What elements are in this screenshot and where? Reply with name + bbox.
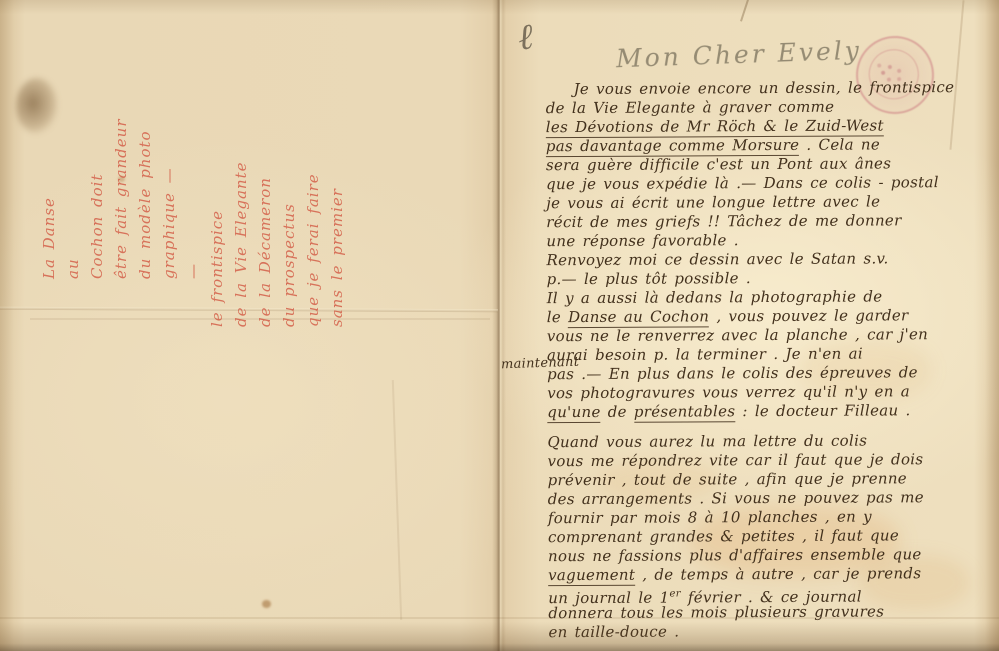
text-segment: Renvoyez moi ce dessin avec le Satan s.v… (546, 249, 888, 269)
red-note-line: être fait grandeur (109, 11, 133, 341)
red-note-line: La Danse (37, 11, 61, 341)
text-segment: Je vous envoie encore un dessin, le fron… (574, 78, 955, 98)
text-segment: récit de mes griefs !! Tâchez de me donn… (546, 211, 901, 231)
ink-line: p.— le plus tôt possible . (547, 268, 997, 289)
text-segment: comprenant grandes & petites , il faut q… (548, 526, 899, 546)
underlined-text: vaguement (548, 566, 635, 586)
underlined-text: Danse au Cochon (568, 307, 709, 328)
text-segment: des arrangements . Si vous ne pouvez pas… (548, 488, 924, 508)
text-segment: prévenir , tout de suite , afin que je p… (548, 469, 907, 489)
ink-line: vos photogravures vous verrez qu'il n'y … (547, 382, 997, 403)
ink-line: les Dévotions de Mr Röch & le Zuid-West (546, 116, 996, 137)
underlined-text: pas davantage comme Morsure (546, 136, 800, 157)
red-note-line: du modèle photo (133, 11, 157, 341)
text-segment: p.— le plus tôt possible . (547, 269, 751, 288)
center-fold-crease (492, 0, 506, 651)
text-segment: Quand vous aurez lu ma lettre du colis (547, 432, 867, 452)
ink-line: prévenir , tout de suite , afin que je p… (548, 469, 998, 490)
ink-line: comprenant grandes & petites , il faut q… (548, 526, 998, 547)
text-segment: er (669, 588, 680, 599)
ink-line: en taille-douce . (548, 621, 998, 642)
ink-line: Il y a aussi là dedans la photographie d… (547, 287, 997, 308)
ink-line: Je vous envoie encore un dessin, le fron… (546, 78, 996, 99)
red-note-line: sans le premier (325, 11, 349, 341)
red-note-line: Cochon doit (85, 11, 109, 341)
ink-line: récit de mes griefs !! Tâchez de me donn… (546, 211, 996, 232)
text-segment: vous ne le renverrez avec la planche , c… (547, 325, 928, 345)
red-chalk-note: La DanseauCochon doitêtre fait grandeurd… (37, 11, 353, 341)
letter-scan: ℓ Mon Cher Evely La DanseauCochon doitêt… (0, 0, 999, 651)
text-segment: aurai besoin p. la terminer . Je n'en ai (547, 345, 863, 365)
text-segment: en taille-douce . (548, 622, 679, 641)
ink-line: vaguement , de temps à autre , car je pr… (548, 564, 998, 585)
ink-line: Renvoyez moi ce dessin avec le Satan s.v… (546, 249, 996, 270)
ink-line: fournir par mois 8 à 10 planches , en y (548, 507, 998, 528)
ink-line: donnera tous les mois plusieurs gravures (548, 602, 998, 623)
ink-line: nous ne fassions plus d'affaires ensembl… (548, 545, 998, 566)
text-segment: de (601, 403, 634, 421)
text-segment: Il y a aussi là dedans la photographie d… (547, 287, 883, 307)
text-segment: le (547, 308, 568, 326)
ink-line: de la Vie Elegante à graver comme (546, 97, 996, 118)
text-segment: vos photogravures vous verrez qu'il n'y … (547, 382, 910, 402)
ink-line: le Danse au Cochon , vous pouvez le gard… (547, 306, 997, 327)
red-note-line: le frontispice (205, 11, 229, 341)
text-segment: , vous pouvez le garder (709, 306, 908, 325)
ink-line: un journal le 1er février . & ce journal (548, 583, 998, 604)
ink-line: sera guère difficile c'est un Pont aux â… (546, 154, 996, 175)
red-note-line: au (61, 11, 85, 341)
text-segment: fournir par mois 8 à 10 planches , en y (548, 507, 872, 527)
text-segment: de la Vie Elegante à graver comme (546, 98, 835, 118)
text-segment: : le docteur Filleau . (735, 401, 910, 420)
text-segment: donnera tous les mois plusieurs gravures (548, 602, 884, 622)
text-segment: . Cela ne (799, 135, 880, 153)
red-note-line: que je ferai faire (301, 11, 325, 341)
red-note-line: du prospectus (277, 11, 301, 341)
text-segment: que je vous expédie là .— Dans ce colis … (546, 173, 939, 193)
red-note-line: — (181, 11, 205, 341)
ink-line: vous ne le renverrez avec la planche , c… (547, 325, 997, 346)
ink-text: Je vous envoie encore un dessin, le fron… (546, 78, 999, 642)
ink-line: une réponse favorable . (546, 230, 996, 251)
ink-line: pas davantage comme Morsure . Cela ne (546, 135, 996, 156)
ink-line: vous me répondrez vite car il faut que j… (547, 450, 997, 471)
ink-line: Quand vous aurez lu ma lettre du colis (547, 431, 997, 452)
ink-line: que je vous expédie là .— Dans ce colis … (546, 173, 996, 194)
ink-line: des arrangements . Si vous ne pouvez pas… (548, 488, 998, 509)
ink-line: aurai besoin p. la terminer . Je n'en ai (547, 344, 997, 365)
underlined-text: présentables (634, 402, 736, 423)
text-segment: une réponse favorable . (546, 231, 739, 250)
red-note-line: graphique — (157, 11, 181, 341)
underlined-text: qu'une (547, 403, 600, 423)
red-note-line: de la Vie Elegante (229, 11, 253, 341)
margin-note: maintenant (501, 355, 580, 373)
ink-line: je vous ai écrit une longue lettre avec … (546, 192, 996, 213)
text-segment: sera guère difficile c'est un Pont aux â… (546, 154, 891, 174)
text-segment: nous ne fassions plus d'affaires ensembl… (548, 545, 922, 565)
text-segment: je vous ai écrit une longue lettre avec … (546, 192, 880, 212)
red-note-line: de la Décameron (253, 11, 277, 341)
text-segment: , de temps à autre , car je prends (635, 564, 921, 583)
ink-line: pas .— En plus dans le colis des épreuve… (547, 363, 997, 384)
text-segment: pas .— En plus dans le colis des épreuve… (547, 363, 918, 383)
ink-line: qu'une de présentables : le docteur Fill… (547, 401, 997, 422)
text-segment: vous me répondrez vite car il faut que j… (547, 450, 923, 470)
